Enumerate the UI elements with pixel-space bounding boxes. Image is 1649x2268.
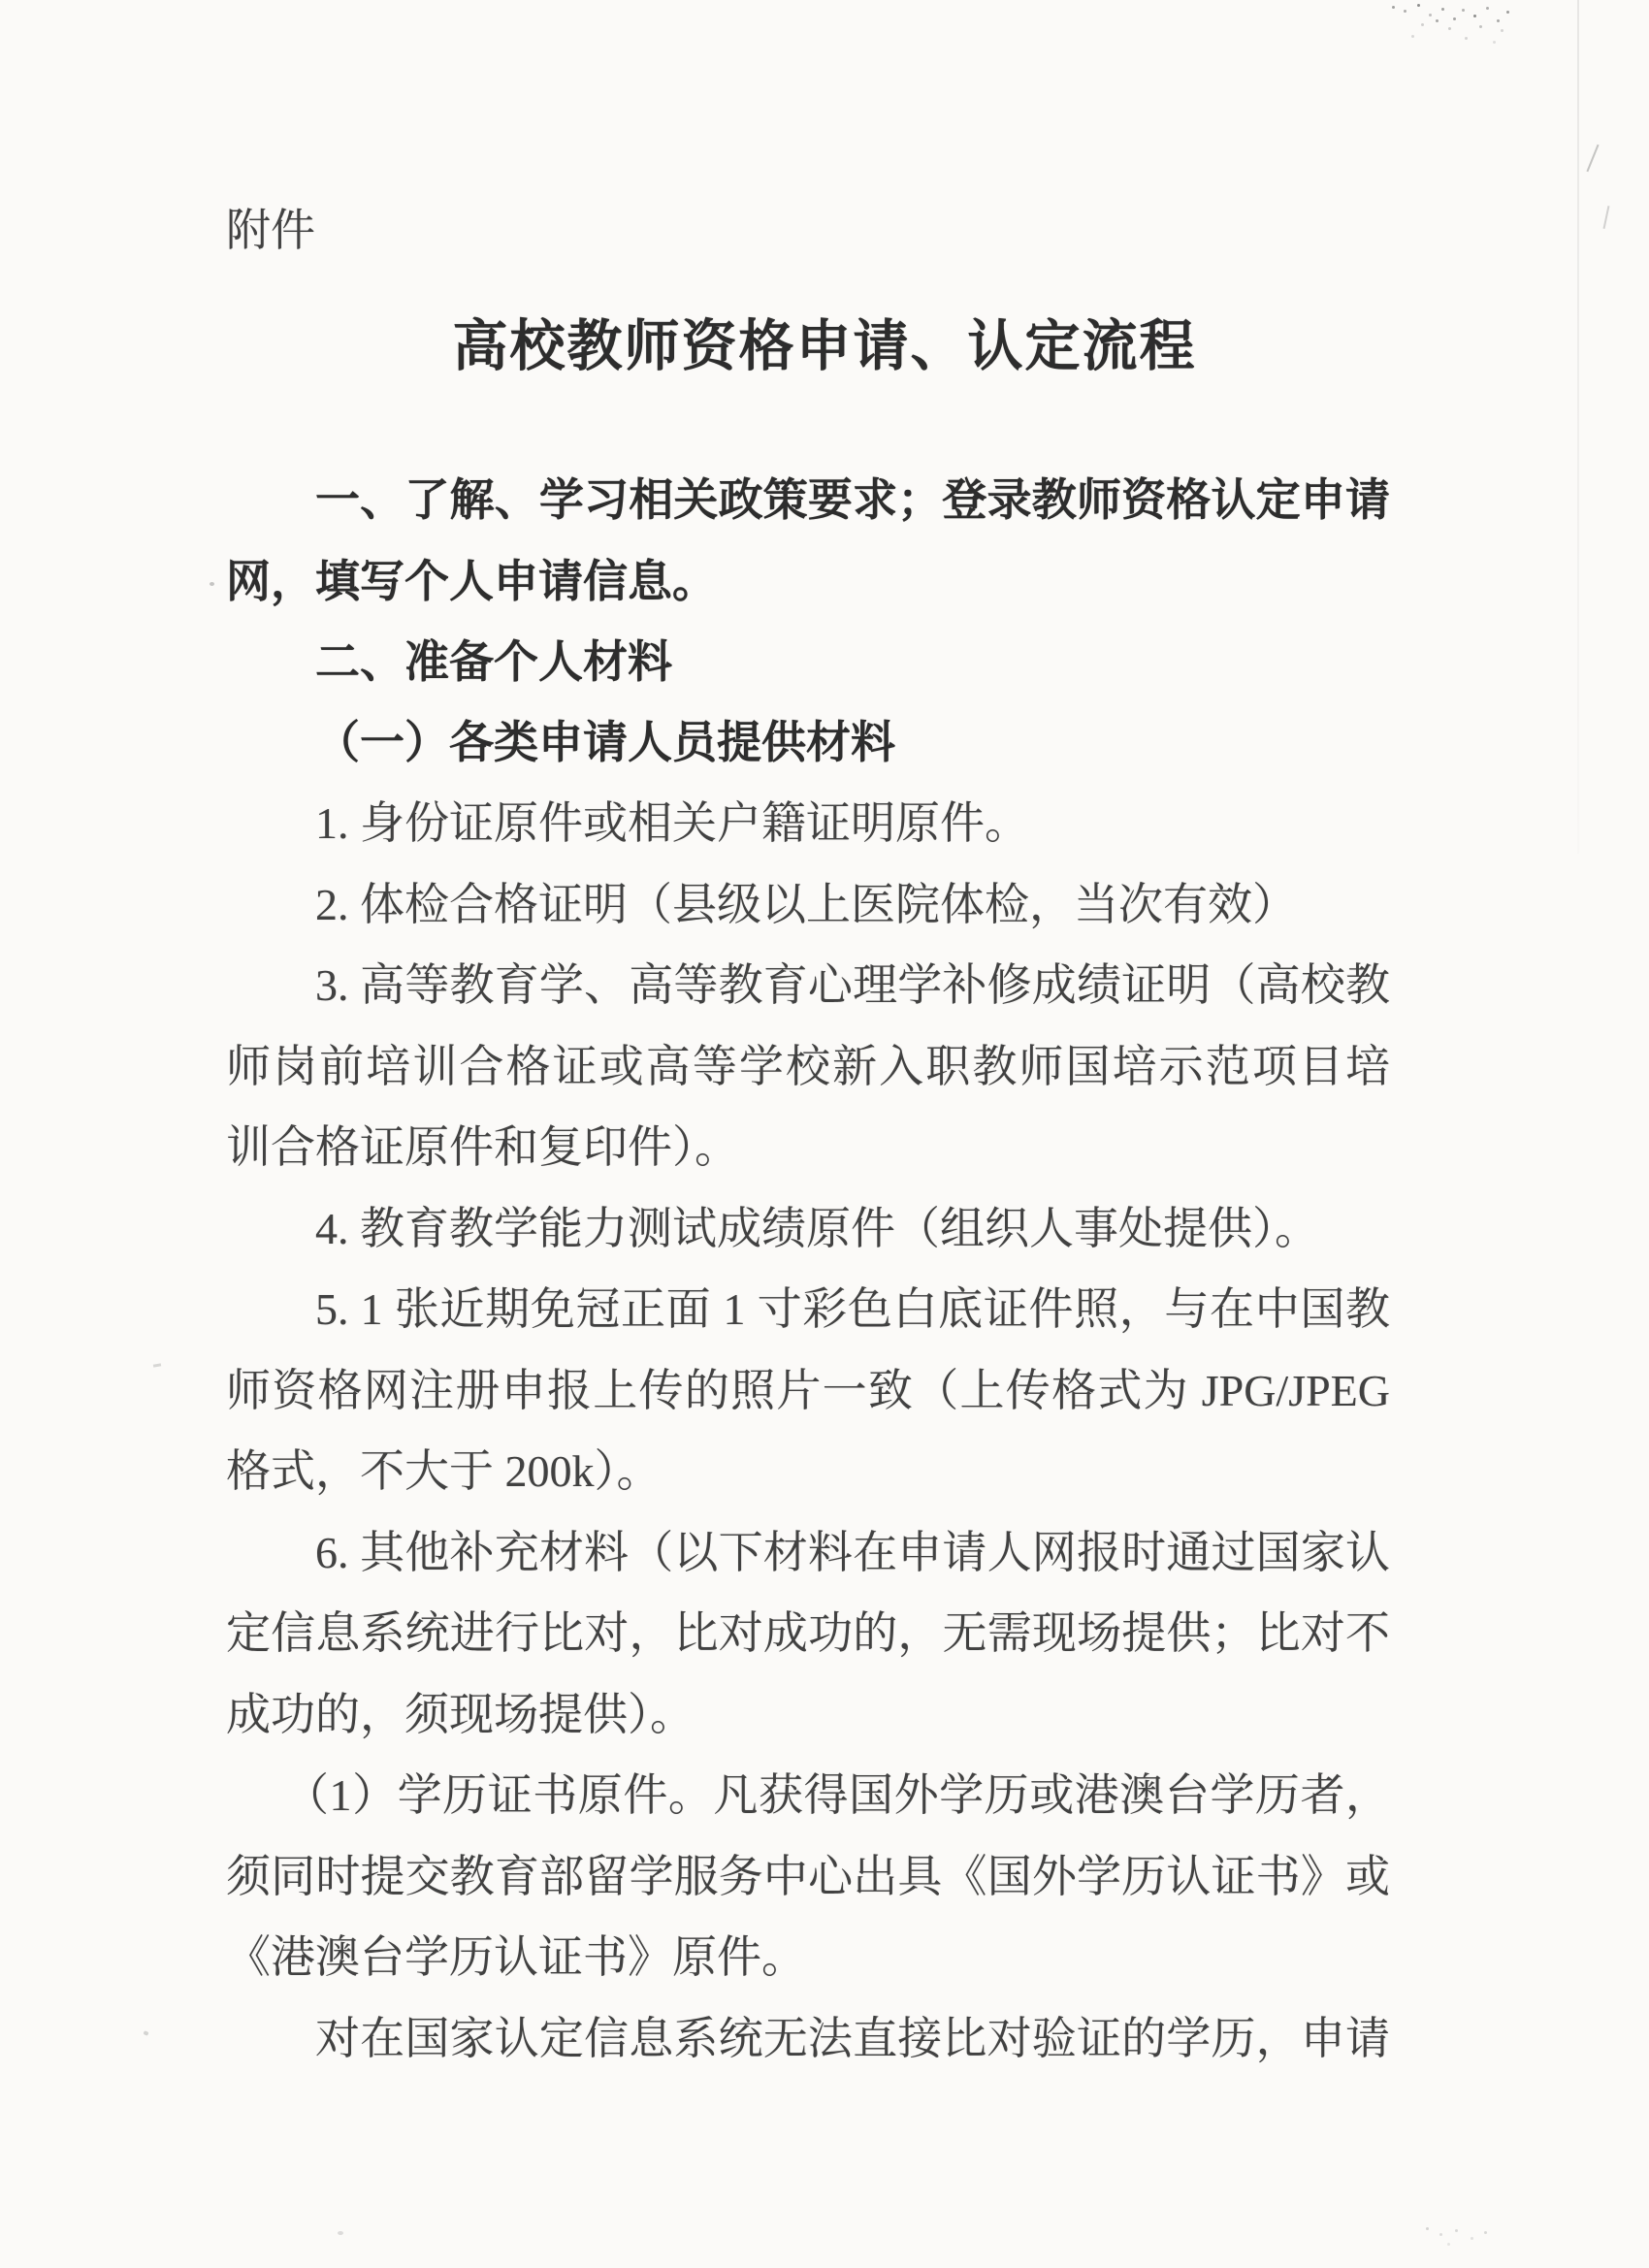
scan-speck-left-lower [153,1363,161,1367]
scan-speck-left [210,582,214,586]
text-line: 4. 教育教学能力测试成绩原件（组织人事处提供）。 [226,1194,1390,1264]
text-line: 二、准备个人材料 [226,627,1390,697]
scan-noise-top-right [1392,6,1395,9]
scan-speck-bottom-mid [338,2231,343,2235]
scan-noise-bottom-right [1426,2227,1429,2230]
text-line: 须同时提交教育部留学服务中心出具《国外学历认证书》或 [226,1842,1390,1912]
text-line: 训合格证原件和复印件）。 [226,1113,1390,1183]
text-line: 5. 1 张近期免冠正面 1 寸彩色白底证件照，与在中国教 [226,1275,1390,1345]
page-title: 高校教师资格申请、认定流程 [0,308,1649,385]
text-line: 师岗前培训合格证或高等学校新入职教师国培示范项目培 [226,1032,1390,1102]
scan-mark-right-lower [1603,206,1610,229]
text-line: 1. 身份证原件或相关户籍证明原件。 [226,789,1390,859]
text-line: （1）学历证书原件。凡获得国外学历或港澳台学历者， [226,1761,1390,1831]
text-line: 《港澳台学历认证书》原件。 [226,1923,1390,1993]
text-line: 一、了解、学习相关政策要求；登录教师资格认定申请 [226,465,1390,535]
scan-speck-bottom-left [143,2030,148,2036]
text-line: 6. 其他补充材料（以下材料在申请人网报时通过国家认 [226,1518,1390,1588]
attachment-label: 附件 [226,196,315,266]
text-line: 格式，不大于 200k）。 [226,1437,1390,1507]
text-line: 3. 高等教育学、高等教育心理学补修成绩证明（高校教 [226,951,1390,1021]
text-line: （一）各类申请人员提供材料 [226,708,1390,778]
text-line: 师资格网注册申报上传的照片一致（上传格式为 JPG/JPEG [226,1356,1390,1426]
text-line: 对在国家认定信息系统无法直接比对验证的学历，申请 [226,2004,1390,2074]
document-page: 附件 高校教师资格申请、认定流程 一、了解、学习相关政策要求；登录教师资格认定申… [0,0,1649,2268]
text-line: 2. 体检合格证明（县级以上医院体检，当次有效） [226,870,1390,940]
text-line: 网，填写个人申请信息。 [226,546,1390,616]
text-line: 定信息系统进行比对，比对成功的，无需现场提供；比对不 [226,1599,1390,1669]
scan-streak-right [1577,0,1579,854]
text-line: 成功的，须现场提供）。 [226,1680,1390,1750]
scan-mark-right-upper [1586,145,1599,173]
